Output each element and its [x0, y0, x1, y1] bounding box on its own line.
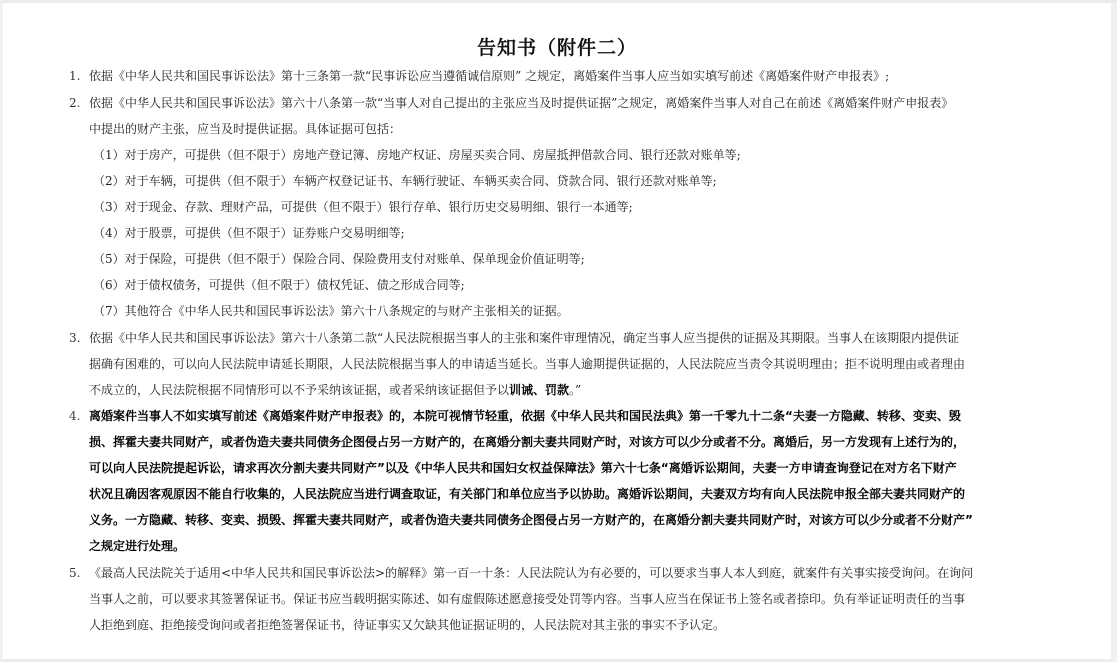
- document-page: 告知书（附件二） 1.依据《中华人民共和国民事诉讼法》第十三条第一款“民事诉讼应…: [3, 3, 1111, 659]
- clause-text-continued: 据确有困难的，可以向人民法院申请延长期限，人民法院根据当事人的申请适当延长。当事…: [69, 351, 1029, 377]
- clause-number: 1.: [69, 63, 89, 89]
- clause-text: 《最高人民法院关于适用<中华人民共和国民事诉讼法>的解释》第一百一十条：人民法院…: [89, 566, 973, 580]
- clause-5: 5.《最高人民法院关于适用<中华人民共和国民事诉讼法>的解释》第一百一十条：人民…: [69, 560, 1029, 638]
- clause-text: 依据《中华人民共和国民事诉讼法》第六十八条第一款“当事人对自己提出的主张应当及时…: [89, 96, 953, 110]
- clause-text-segment: 。”: [569, 383, 581, 397]
- clause-text-continued: 不成立的，人民法院根据不同情形可以不予采纳该证据，或者采纳该证据但予以训诫、罚款…: [69, 377, 1029, 403]
- page-title: 告知书（附件二）: [3, 33, 1111, 60]
- clause-text-continued: 中提出的财产主张，应当及时提供证据。具体证据可包括：: [69, 116, 1029, 142]
- clause-text-continued: 状况且确因客观原因不能自行收集的，人民法院应当进行调查取证，有关部门和单位应当予…: [69, 481, 1029, 507]
- evidence-subitem-6: （6）对于债权债务，可提供（但不限于）债权凭证、债之形成合同等;: [93, 272, 465, 298]
- clause-text-continued: 损、挥霍夫妻共同财产，或者伪造夫妻共同债务企图侵占另一方财产的，在离婚分割夫妻共…: [69, 429, 1029, 455]
- clause-3: 3.依据《中华人民共和国民事诉讼法》第六十八条第二款“人民法院根据当事人的主张和…: [69, 325, 1029, 403]
- clause-4: 4.离婚案件当事人不如实填写前述《离婚案件财产申报表》的，本院可视情节轻重，依据…: [69, 403, 1029, 559]
- evidence-subitem-7: （7）其他符合《中华人民共和国民事诉讼法》第六十八条规定的与财产主张相关的证据。: [93, 298, 569, 324]
- document-viewer: 告知书（附件二） 1.依据《中华人民共和国民事诉讼法》第十三条第一款“民事诉讼应…: [0, 3, 1117, 659]
- clause-number: 2.: [69, 90, 89, 116]
- evidence-subitem-2: （2）对于车辆，可提供（但不限于）车辆产权登记证书、车辆行驶证、车辆买卖合同、贷…: [93, 168, 717, 194]
- clause-text-segment: 不成立的，人民法院根据不同情形可以不予采纳该证据，或者采纳该证据但予以: [89, 383, 509, 397]
- clause-number: 4.: [69, 403, 89, 429]
- clause-number: 5.: [69, 560, 89, 586]
- clause-number: 3.: [69, 325, 89, 351]
- evidence-subitem-5: （5）对于保险，可提供（但不限于）保险合同、保险费用支付对账单、保单现金价值证明…: [93, 246, 585, 272]
- scrollbar-track[interactable]: [1111, 6, 1117, 659]
- evidence-subitem-4: （4）对于股票，可提供（但不限于）证券账户交易明细等;: [93, 220, 405, 246]
- clause-text: 依据《中华人民共和国民事诉讼法》第六十八条第二款“人民法院根据当事人的主张和案件…: [89, 331, 959, 345]
- clause-text-continued: 可以向人民法院提起诉讼，请求再次分割夫妻共同财产”以及《中华人民共和国妇女权益保…: [69, 455, 1029, 481]
- clause-1: 1.依据《中华人民共和国民事诉讼法》第十三条第一款“民事诉讼应当遵循诚信原则” …: [69, 63, 1029, 89]
- clause-text-continued: 之规定进行处理。: [69, 533, 1029, 559]
- evidence-subitem-3: （3）对于现金、存款、理财产品，可提供（但不限于）银行存单、银行历史交易明细、银…: [93, 194, 633, 220]
- clause-2: 2.依据《中华人民共和国民事诉讼法》第六十八条第一款“当事人对自己提出的主张应当…: [69, 90, 1029, 142]
- clause-text: 依据《中华人民共和国民事诉讼法》第十三条第一款“民事诉讼应当遵循诚信原则” 之规…: [89, 69, 889, 83]
- emphasis-text: 训诫、罚款: [509, 383, 569, 397]
- clause-text-continued: 当事人之前，可以要求其签署保证书。保证书应当载明据实陈述、如有虚假陈述愿意接受处…: [69, 586, 1029, 612]
- clause-text: 离婚案件当事人不如实填写前述《离婚案件财产申报表》的，本院可视情节轻重，依据《中…: [89, 409, 961, 423]
- clause-text-continued: 人拒绝到庭、拒绝接受询问或者拒绝签署保证书，待证事实又欠缺其他证据证明的，人民法…: [69, 612, 1029, 638]
- evidence-subitem-1: （1）对于房产，可提供（但不限于）房地产登记簿、房地产权证、房屋买卖合同、房屋抵…: [93, 142, 741, 168]
- clause-text-continued: 义务。一方隐藏、转移、变卖、损毁、挥霍夫妻共同财产，或者伪造夫妻共同债务企图侵占…: [69, 507, 1029, 533]
